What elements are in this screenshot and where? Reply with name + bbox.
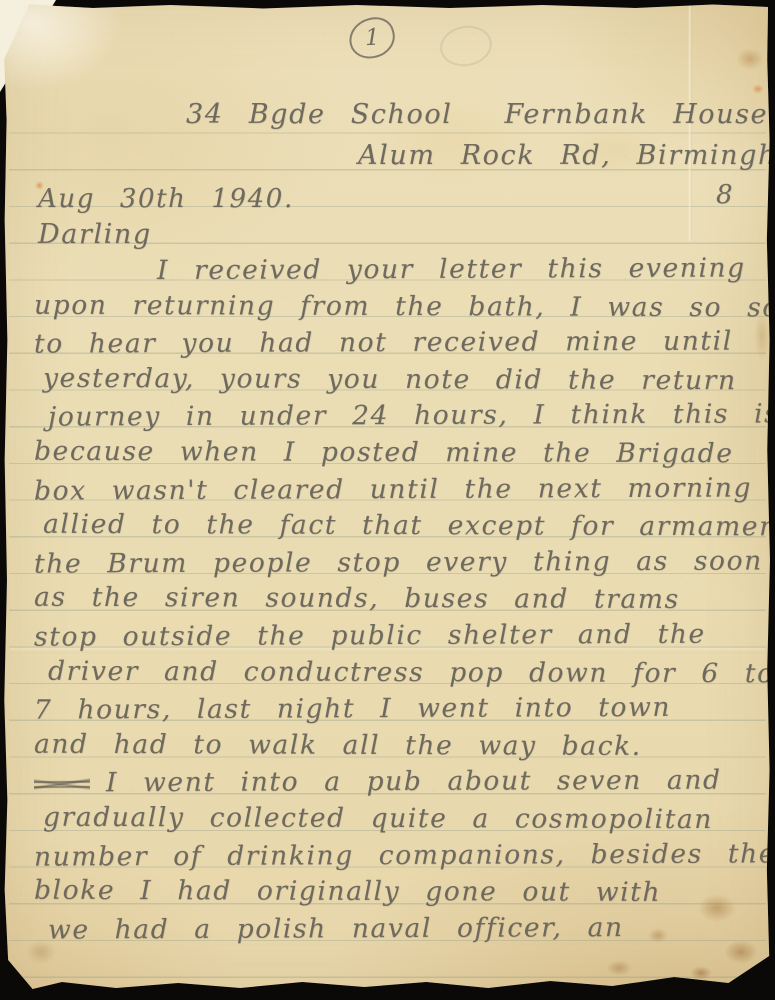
letter-body: I received your letter this eveningupon … <box>34 252 762 947</box>
letter-line: the Brum people stop every thing as soon <box>34 543 762 583</box>
letter-line: we had a polish naval officer, an <box>48 909 762 949</box>
letter-line: upon returning from the bath, I was so s… <box>34 287 762 326</box>
letter-line-text: to hear you had not received mine until <box>34 326 733 360</box>
page-number: 1 <box>364 25 380 51</box>
letter-line: and had to walk all the way back. <box>34 726 762 765</box>
letter-line: 7 hours, last night I went into town <box>34 690 762 730</box>
unit-name: 34 Bgde School <box>186 99 452 130</box>
letter-line: number of drinking companions, besides t… <box>34 836 762 876</box>
stain <box>690 966 712 980</box>
letter-line-text: as the siren sounds, buses and trams <box>34 582 680 615</box>
postal-district: 8 <box>716 180 734 210</box>
letter-line-text: allied to the fact that except for armam… <box>43 509 775 543</box>
letter-line-text: and had to walk all the way back. <box>34 728 642 761</box>
letter-line-text: the Brum people stop every thing as soon <box>34 545 763 579</box>
letter-line-text: we had a polish naval officer, an <box>48 912 624 946</box>
letter-line: gradually collected quite a cosmopolitan <box>43 800 762 839</box>
letter-page: 1 34 Bgde School Fernbank House. Alum Ro… <box>0 0 775 1000</box>
address-line-2: Alum Rock Rd, Birmingham <box>358 140 775 171</box>
letter-line: box wasn't cleared until the next mornin… <box>34 470 762 510</box>
letter-photo: 1 34 Bgde School Fernbank House. Alum Ro… <box>0 0 775 1000</box>
letter-line: yesterday, yours you note did the return <box>43 361 762 400</box>
letter-line: journey in under 24 hours, I think this … <box>48 397 762 437</box>
letter-line-text: because when I posted mine the Brigade <box>34 436 734 469</box>
letter-line: I received your letter this evening <box>34 250 762 290</box>
letter-line: I went into a pub about seven and <box>34 763 762 803</box>
house-name: Fernbank House. <box>504 99 775 130</box>
letter-line-text: gradually collected quite a cosmopolitan <box>43 802 713 835</box>
letter-line-text: upon returning from the bath, I was so s… <box>34 289 775 323</box>
letter-line-text: 7 hours, last night I went into town <box>34 692 671 726</box>
letter-date: Aug 30th 1940. <box>38 184 294 214</box>
salutation: Darling <box>38 219 152 250</box>
letter-line: allied to the fact that except for armam… <box>43 507 762 546</box>
letter-line-text: stop outside the public shelter and the <box>34 619 706 653</box>
stain <box>606 960 632 976</box>
letter-line-text: I received your letter this evening <box>157 252 746 286</box>
letter-line: stop outside the public shelter and the <box>34 616 762 656</box>
stain <box>752 84 764 94</box>
scribbled-out-word <box>34 776 90 794</box>
letter-line-text: journey in under 24 hours, I think this … <box>48 399 775 433</box>
letter-line-text: driver and conductress pop down for 6 to <box>48 655 775 689</box>
letter-line-text: yesterday, yours you note did the return <box>43 363 737 396</box>
letter-line: to hear you had not received mine until <box>34 324 762 364</box>
letter-line: because when I posted mine the Brigade <box>34 434 762 473</box>
letter-line-text: box wasn't cleared until the next mornin… <box>34 472 752 506</box>
letter-line: as the siren sounds, buses and trams <box>34 580 762 619</box>
letter-line: bloke I had originally gone out with <box>34 873 762 912</box>
stain <box>736 48 764 70</box>
letter-line-text: number of drinking companions, besides t… <box>34 838 775 872</box>
address-line-1: 34 Bgde School Fernbank House. <box>186 99 775 130</box>
letter-line-text: bloke I had originally gone out with <box>34 875 661 908</box>
letter-line: driver and conductress pop down for 6 to <box>48 653 762 692</box>
letter-line-text: I went into a pub about seven and <box>106 765 722 799</box>
